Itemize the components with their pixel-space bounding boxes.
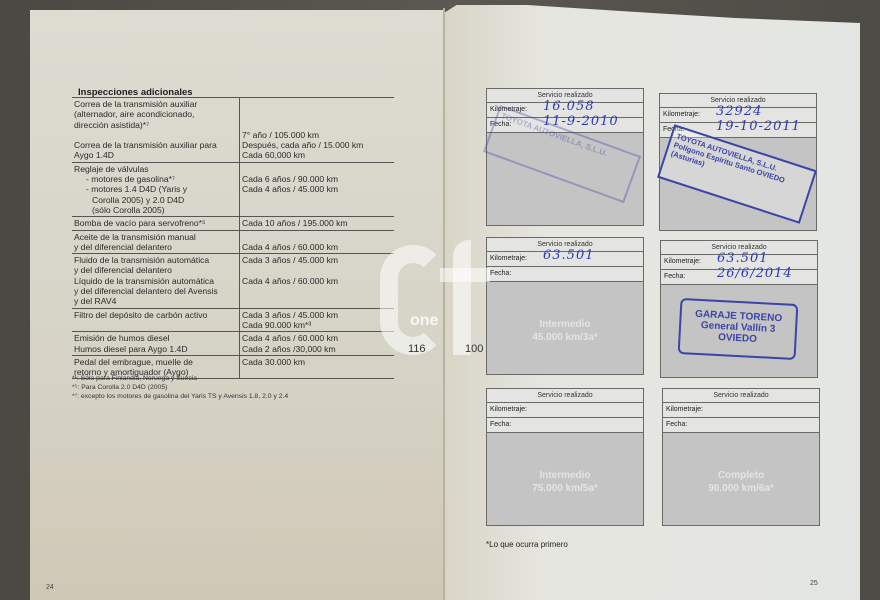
km-value: 63.501 [717,252,769,266]
item-cell: Emisión de humos dieselHumos diesel para… [72,332,240,356]
interval-cell: Cada 4 años / 60.000 km [240,230,395,254]
service-label: Completo90.000 km/6a* [663,469,819,495]
item-cell: Filtro del depósito de carbón activo [72,308,240,332]
watermark-c-shape [380,245,446,355]
km-value: 32924 [716,105,762,119]
table-row: Emisión de humos dieselHumos diesel para… [72,332,394,356]
table-row: Filtro del depósito de carbón activoCada… [72,308,394,332]
service-card: Servicio realizado Kilometraje:63.501 Fe… [660,240,818,378]
service-card: Servicio realizado Kilometraje: Fecha: C… [662,388,820,526]
item-cell: Correa de la transmisión auxiliar(altern… [72,98,240,163]
card-body: Intermedio45.000 km/3a* [487,282,643,374]
service-card: Servicio realizado Kilometraje:16.058 Fe… [486,88,644,226]
card-body: Completo90.000 km/6a* [663,433,819,525]
table-row: Aceite de la transmisión manualy del dif… [72,230,394,254]
service-label: Intermedio75.000 km/5a* [487,469,643,495]
footnotes: *¹: Sólo para Finlandia, Noruega y Sueci… [72,374,288,401]
service-card: Servicio realizado Kilometraje:32924 Fec… [659,93,817,231]
km-value: 63.501 [543,249,595,263]
watermark-f-bar [440,268,490,282]
date-row[interactable]: Fecha:26/6/2014 [661,270,817,285]
interval-cell: Cada 4 años / 60.000 kmCada 2 años /30,0… [240,332,395,356]
date-value: 26/6/2014 [717,267,793,281]
table-row: Reglaje de válvulas- motores de gasolina… [72,162,394,216]
interval-cell: 7° año / 105.000 kmDespués, cada año / 1… [240,98,395,163]
page-number-right: 25 [810,580,818,587]
date-value: 19-10-2011 [716,120,801,134]
watermark-brand: one [410,312,438,330]
page-number-left: 24 [46,584,54,591]
item-cell: Reglaje de válvulas- motores de gasolina… [72,162,240,216]
service-card: Servicio realizado Kilometraje:63.501 Fe… [486,237,644,375]
footnote-right: *Lo que ocurra primero [486,540,568,549]
card-header: Servicio realizado [487,389,643,403]
interval-cell: Cada 3 años / 45.000 km Cada 4 años / 60… [240,254,395,308]
watermark-f-stem [453,240,471,355]
interval-cell: Cada 6 años / 90.000 kmCada 4 años / 45.… [240,162,395,216]
item-cell: Bomba de vacío para servofreno*⁵ [72,217,240,230]
item-cell: Aceite de la transmisión manualy del dif… [72,230,240,254]
inspections-table: Correa de la transmisión auxiliar(altern… [72,97,394,379]
interval-cell: Cada 3 años / 45.000 kmCada 90.000 km*³ [240,308,395,332]
card-header: Servicio realizado [663,389,819,403]
service-label: Intermedio45.000 km/3a* [487,318,643,344]
table-row: Fluido de la transmisión automáticay del… [72,254,394,308]
date-row[interactable]: Fecha: [487,267,643,282]
card-body: Intermedio75.000 km/5a* [487,433,643,525]
interval-cell: Cada 10 años / 195.000 km [240,217,395,230]
watermark-number-left: 116 [408,343,426,355]
km-value: 16.058 [543,100,595,114]
table-row: Bomba de vacío para servofreno*⁵Cada 10 … [72,217,394,230]
service-card: Servicio realizado Kilometraje: Fecha: I… [486,388,644,526]
km-row[interactable]: Kilometraje: [663,403,819,418]
km-row[interactable]: Kilometraje: [487,403,643,418]
date-row[interactable]: Fecha: [663,418,819,433]
watermark-number-right: 100 [465,343,483,355]
km-row[interactable]: Kilometraje:63.501 [487,252,643,267]
date-row[interactable]: Fecha: [487,418,643,433]
dealer-stamp: GARAJE TORENO General Vallín 3 OVIEDO [678,298,799,360]
table-row: Correa de la transmisión auxiliar(altern… [72,98,394,163]
item-cell: Fluido de la transmisión automáticay del… [72,254,240,308]
